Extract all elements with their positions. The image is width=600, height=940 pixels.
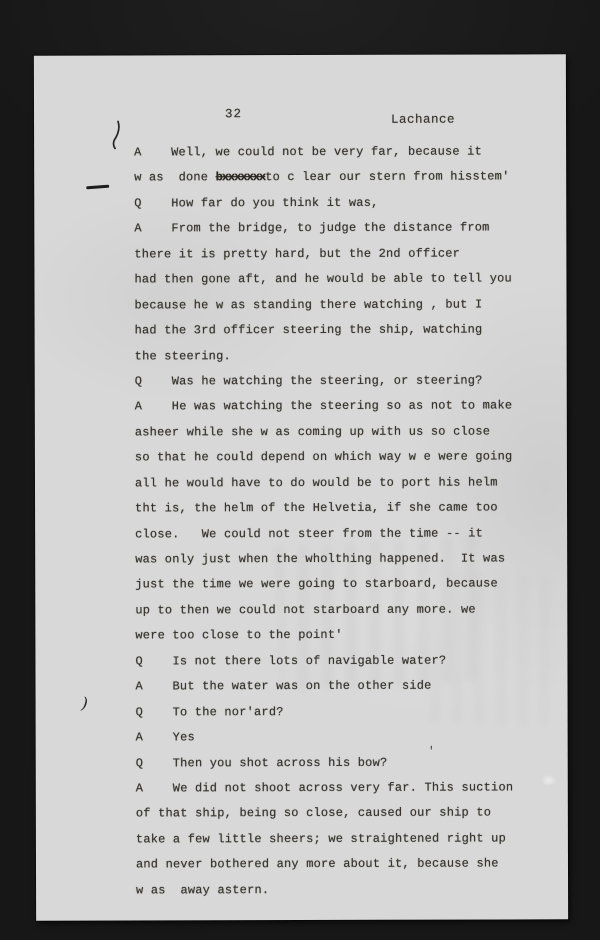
transcript-line-segment: Q To the nor'ard? <box>136 705 284 719</box>
transcript-line-segment: up to then we could not starboard any mo… <box>135 602 476 617</box>
transcript-line-segment: Q Was he watching the steering, or steer… <box>135 373 483 388</box>
transcript-line-segment: all he would have to do would be to port… <box>135 475 498 490</box>
document-page: 32 Lachance A Well, we could not be very… <box>34 54 568 920</box>
pen-dash-mark <box>86 185 109 190</box>
scanned-page-background: 32 Lachance A Well, we could not be very… <box>0 0 600 940</box>
transcript-line-segment: A But the water was on the other side <box>136 679 432 694</box>
transcript-line-segment: had then gone aft, and he would be able … <box>134 272 512 287</box>
transcript-line: A But the water was on the other side <box>135 674 555 701</box>
transcript-line: Q How far do you think it was, <box>134 190 554 217</box>
transcript-line: so that he could depend on which way w e… <box>135 445 555 472</box>
transcript-line-segment: was only just when the wholthing happene… <box>135 551 505 566</box>
transcript-line: A Well, we could not be very far, becaus… <box>134 139 554 166</box>
transcript-line-segment: A He was watching the steering so as not… <box>135 399 513 414</box>
transcript-line-segment: tht is, the helm of the Helvetia, if she… <box>135 501 498 516</box>
transcript-line: tht is, the helm of the Helvetia, if she… <box>135 495 555 522</box>
transcript-line-segment: w as away astern. <box>136 883 269 897</box>
transcript-line-segment: w as done <box>134 171 215 185</box>
transcript-line-segment: A We did not shoot across very far. This… <box>136 780 514 795</box>
transcript-line: close. We could not steer from the time … <box>135 521 555 548</box>
transcript-line-segment: and never bothered any more about it, be… <box>136 857 499 872</box>
transcript-line-segment: Q How far do you think it was, <box>134 196 378 211</box>
transcript-line-segment: A From the bridge, to judge the distance… <box>134 221 489 236</box>
transcript-line-segment: the steering. <box>135 349 231 363</box>
transcript-line: because he w as standing there watching … <box>134 292 554 319</box>
transcript-line: had then gone aft, and he would be able … <box>134 267 554 294</box>
transcript-line-segment: close. We could not steer from the time … <box>135 526 483 541</box>
pen-tick-mark <box>108 119 124 151</box>
transcript-line: A From the bridge, to judge the distance… <box>134 216 554 243</box>
transcript-line: just the time we were going to starboard… <box>135 572 555 599</box>
transcript-line-segment: A Yes <box>136 730 195 744</box>
transcript-line: had the 3rd officer steering the ship, w… <box>135 317 555 344</box>
transcript-line: w as done bxxxxxxxto c lear our stern fr… <box>134 165 554 192</box>
transcript-line-segment: A Well, we could not be very far, becaus… <box>134 145 482 160</box>
transcript-line: A He was watching the steering so as not… <box>135 394 555 421</box>
transcript-line-segment: to c lear our stern from hisstem' <box>265 170 509 185</box>
transcript-line: w as away astern. <box>136 877 556 904</box>
witness-name: Lachance <box>391 113 455 127</box>
transcript-line-segment: so that he could depend on which way w e… <box>135 450 513 465</box>
transcript-line: was only just when the wholthing happene… <box>135 546 555 573</box>
transcript-line-segment: there it is pretty hard, but the 2nd off… <box>134 246 460 261</box>
transcript-line: there it is pretty hard, but the 2nd off… <box>134 241 554 268</box>
transcript-line: take a few little sheers; we straightene… <box>136 826 556 853</box>
transcript-line: A Yes <box>136 724 556 751</box>
transcript-line-segment: asheer while she w as coming up with us … <box>135 424 490 439</box>
transcript-line: up to then we could not starboard any mo… <box>135 597 555 624</box>
transcript-line-segment: because he w as standing there watching … <box>135 297 483 312</box>
transcript-line: all he would have to do would be to port… <box>135 470 555 497</box>
transcript-line-segment: just the time we were going to starboard… <box>135 577 498 592</box>
transcript-line-segment: take a few little sheers; we straightene… <box>136 831 506 846</box>
page-number: 32 <box>225 107 242 121</box>
transcript-line: Q Then you shot across his bow? <box>136 750 556 777</box>
transcript-line: were too close to the point' <box>135 623 555 650</box>
transcript-line: and never bothered any more about it, be… <box>136 852 556 879</box>
transcript-line-segment: were too close to the point' <box>135 628 342 643</box>
transcript-line: of that ship, being so close, caused our… <box>136 801 556 828</box>
transcript-line: Q Was he watching the steering, or steer… <box>135 368 555 395</box>
transcript-line: Q Is not there lots of navigable water? <box>135 648 555 675</box>
transcript-line: the steering. <box>135 343 555 370</box>
transcript-text: A Well, we could not be very far, becaus… <box>134 139 556 903</box>
transcript-line-segment: Q Is not there lots of navigable water? <box>135 653 446 668</box>
transcript-line-segment: Q Then you shot across his bow? <box>136 755 388 770</box>
transcript-line-segment: of that ship, being so close, caused our… <box>136 806 491 821</box>
stray-apostrophe-mark: ' <box>428 745 435 759</box>
pen-paren-mark: ) <box>81 693 89 713</box>
transcript-line: asheer while she w as coming up with us … <box>135 419 555 446</box>
transcript-line: A We did not shoot across very far. This… <box>136 775 556 802</box>
struck-out-word: bxxxxxxx <box>216 171 266 185</box>
transcript-line: Q To the nor'ard? <box>136 699 556 726</box>
transcript-line-segment: had the 3rd officer steering the ship, w… <box>135 323 483 338</box>
